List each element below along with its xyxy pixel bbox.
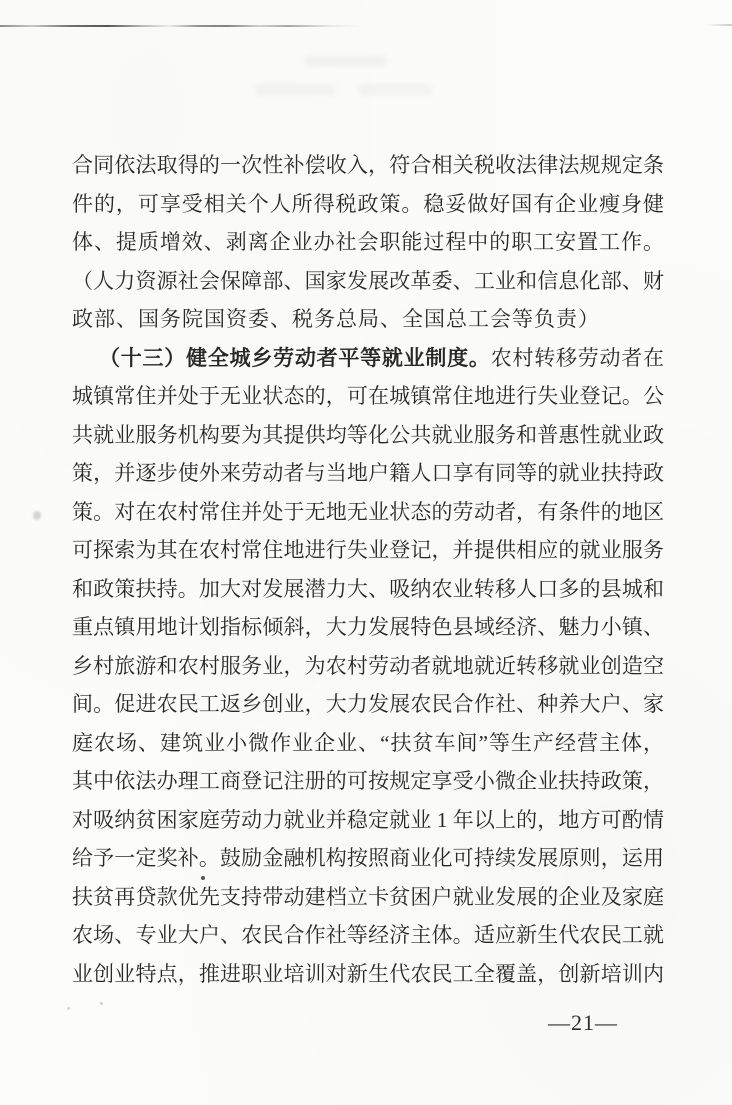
body-text: 合同依法取得的一次性补偿收入，符合相关税收法律法规规定条 件的，可享受相关个人所… bbox=[72, 146, 664, 993]
text-line: 件的，可享受相关个人所得税政策。稳妥做好国有企业瘦身健 bbox=[72, 185, 664, 224]
ink-speck bbox=[100, 1002, 103, 1005]
text-line: 对吸纳贫困家庭劳动力就业并稳定就业 1 年以上的，地方可酌情 bbox=[72, 801, 664, 840]
text-line: 共就业服务机构要为其提供均等化公共就业服务和普惠性就业政 bbox=[72, 416, 664, 455]
text-line: （十三）健全城乡劳动者平等就业制度。农村转移劳动者在 bbox=[72, 339, 664, 378]
text-line: 业创业特点，推进职业培训对新生代农民工全覆盖，创新培训内 bbox=[72, 955, 664, 994]
text-line: 策。对在农村常住并处于无地无业状态的劳动者，有条件的地区 bbox=[72, 493, 664, 532]
text-line: 庭农场、建筑业小微作业企业、“扶贫车间”等生产经营主体， bbox=[72, 724, 664, 763]
text-line: （人力资源社会保障部、国家发展改革委、工业和信息化部、财 bbox=[72, 262, 664, 301]
ghost-text-artifact bbox=[255, 84, 335, 95]
text-line: 策，并逐步使外来劳动者与当地户籍人口享有同等的就业扶持政 bbox=[72, 454, 664, 493]
scan-line-artifact-right bbox=[706, 24, 732, 26]
scanned-document-page: 合同依法取得的一次性补偿收入，符合相关税收法律法规规定条 件的，可享受相关个人所… bbox=[0, 0, 732, 1105]
section-heading-rest: 农村转移劳动者在 bbox=[491, 346, 664, 370]
text-line: 重点镇用地计划指标倾斜，大力发展特色县域经济、魅力小镇、 bbox=[72, 608, 664, 647]
text-line: 间。促进农民工返乡创业，大力发展农民合作社、种养大户、家 bbox=[72, 685, 664, 724]
text-line: 体、提质增效、剥离企业办社会职能过程中的职工安置工作。 bbox=[72, 223, 664, 262]
page-number: —21— bbox=[538, 1008, 628, 1038]
text-line: 合同依法取得的一次性补偿收入，符合相关税收法律法规规定条 bbox=[72, 146, 664, 185]
section-heading: （十三）健全城乡劳动者平等就业制度。 bbox=[99, 346, 491, 370]
text-line: 乡村旅游和农村服务业，为农村劳动者就地就近转移就业创造空 bbox=[72, 647, 664, 686]
ghost-text-artifact bbox=[358, 84, 432, 95]
ink-speck bbox=[33, 511, 41, 520]
scan-line-artifact bbox=[0, 25, 360, 27]
text-line: 农场、专业大户、农民合作社等经济主体。适应新生代农民工就 bbox=[72, 916, 664, 955]
text-line: 扶贫再贷款优先支持带动建档立卡贫困户就业发展的企业及家庭 bbox=[72, 878, 664, 917]
text-line: 和政策扶持。加大对发展潜力大、吸纳农业转移人口多的县城和 bbox=[72, 570, 664, 609]
ink-speck bbox=[67, 1007, 70, 1010]
text-line: 其中依法办理工商登记注册的可按规定享受小微企业扶持政策， bbox=[72, 762, 664, 801]
text-line: 给予一定奖补。鼓励金融机构按照商业化可持续发展原则，运用 bbox=[72, 839, 664, 878]
text-line: 城镇常住并处于无业状态的，可在城镇常住地进行失业登记。公 bbox=[72, 377, 664, 416]
text-line: 可探索为其在农村常住地进行失业登记，并提供相应的就业服务 bbox=[72, 531, 664, 570]
ghost-text-artifact bbox=[305, 56, 387, 66]
text-line: 政部、国务院国资委、税务总局、全国总工会等负责） bbox=[72, 300, 664, 339]
